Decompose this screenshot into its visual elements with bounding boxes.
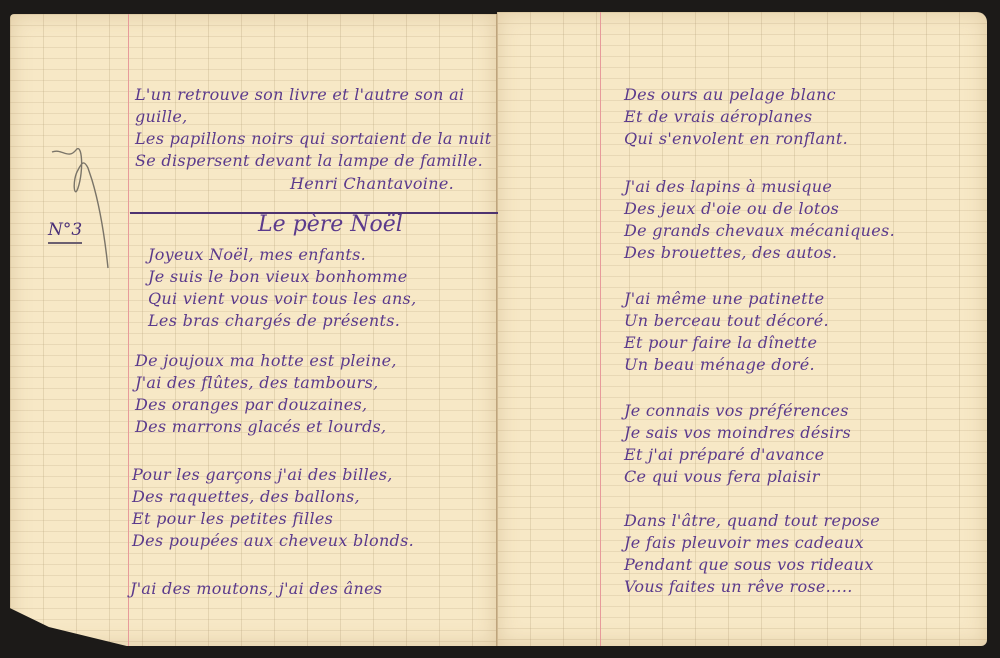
poem-line: Des marrons glacés et lourds,: [135, 416, 397, 438]
poem-line: De grands chevaux mécaniques.: [624, 220, 895, 242]
margin-number: N°3: [48, 220, 82, 244]
poem-line: Ce qui vous fera plaisir: [624, 466, 851, 488]
poem-line: Et pour faire la dînette: [624, 332, 829, 354]
poem-line: Des brouettes, des autos.: [624, 242, 895, 264]
pencil-initials-mark: [48, 140, 118, 270]
poem-line: J'ai des lapins à musique: [624, 176, 895, 198]
poem-line: Qui vient vous voir tous les ans,: [148, 288, 416, 310]
poem-line: Et pour les petites filles: [132, 508, 414, 530]
poem-line: guille,: [135, 106, 492, 128]
poem-line: J'ai même une patinette: [624, 288, 829, 310]
poem-line: Je sais vos moindres désirs: [624, 422, 851, 444]
stanza: Dans l'âtre, quand tout repose Je fais p…: [624, 510, 880, 598]
stanza: Je connais vos préférences Je sais vos m…: [624, 400, 851, 488]
poem-line: Dans l'âtre, quand tout repose: [624, 510, 880, 532]
notebook-spine: [496, 14, 498, 646]
stanza: J'ai des moutons, j'ai des ânes: [130, 578, 382, 600]
stanza: Pour les garçons j'ai des billes, Des ra…: [132, 464, 414, 552]
poem-line: Et de vrais aéroplanes: [624, 106, 848, 128]
poem-line: Se dispersent devant la lampe de famille…: [135, 150, 492, 172]
poem-line: Les papillons noirs qui sortaient de la …: [135, 128, 492, 150]
poem-line: Vous faites un rêve rose.....: [624, 576, 880, 598]
poem-line: Pour les garçons j'ai des billes,: [132, 464, 414, 486]
poem-line: Des ours au pelage blanc: [624, 84, 848, 106]
poem-line: Qui s'envolent en ronflant.: [624, 128, 848, 150]
poem-line: Je suis le bon vieux bonhomme: [148, 266, 416, 288]
poem-line: J'ai des moutons, j'ai des ânes: [130, 578, 382, 600]
poem-line: Et j'ai préparé d'avance: [624, 444, 851, 466]
margin-line: [600, 12, 601, 646]
poem-line: Je fais pleuvoir mes cadeaux: [624, 532, 880, 554]
poem-line: De joujoux ma hotte est pleine,: [135, 350, 397, 372]
poem-line: J'ai des flûtes, des tambours,: [135, 372, 397, 394]
stanza: De joujoux ma hotte est pleine, J'ai des…: [135, 350, 397, 438]
previous-poem-ending: L'un retrouve son livre et l'autre son a…: [135, 84, 492, 172]
poem-line: Joyeux Noël, mes enfants.: [148, 244, 416, 266]
poem-line: Je connais vos préférences: [624, 400, 851, 422]
margin-line: [128, 14, 129, 646]
stanza: Joyeux Noël, mes enfants. Je suis le bon…: [148, 244, 416, 332]
poem-line: Un beau ménage doré.: [624, 354, 829, 376]
poem-line: Les bras chargés de présents.: [148, 310, 416, 332]
poem-line: L'un retrouve son livre et l'autre son a…: [135, 84, 492, 106]
poem-line: Un berceau tout décoré.: [624, 310, 829, 332]
poem-title: Le père Noël: [258, 212, 403, 237]
stanza: Des ours au pelage blanc Et de vrais aér…: [624, 84, 848, 150]
poem-line: Des oranges par douzaines,: [135, 394, 397, 416]
stanza: J'ai même une patinette Un berceau tout …: [624, 288, 829, 376]
previous-poem-author: Henri Chantavoine.: [290, 174, 454, 193]
poem-line: Des raquettes, des ballons,: [132, 486, 414, 508]
stanza: J'ai des lapins à musique Des jeux d'oie…: [624, 176, 895, 264]
poem-line: Pendant que sous vos rideaux: [624, 554, 880, 576]
poem-line: Des poupées aux cheveux blonds.: [132, 530, 414, 552]
poem-line: Des jeux d'oie ou de lotos: [624, 198, 895, 220]
